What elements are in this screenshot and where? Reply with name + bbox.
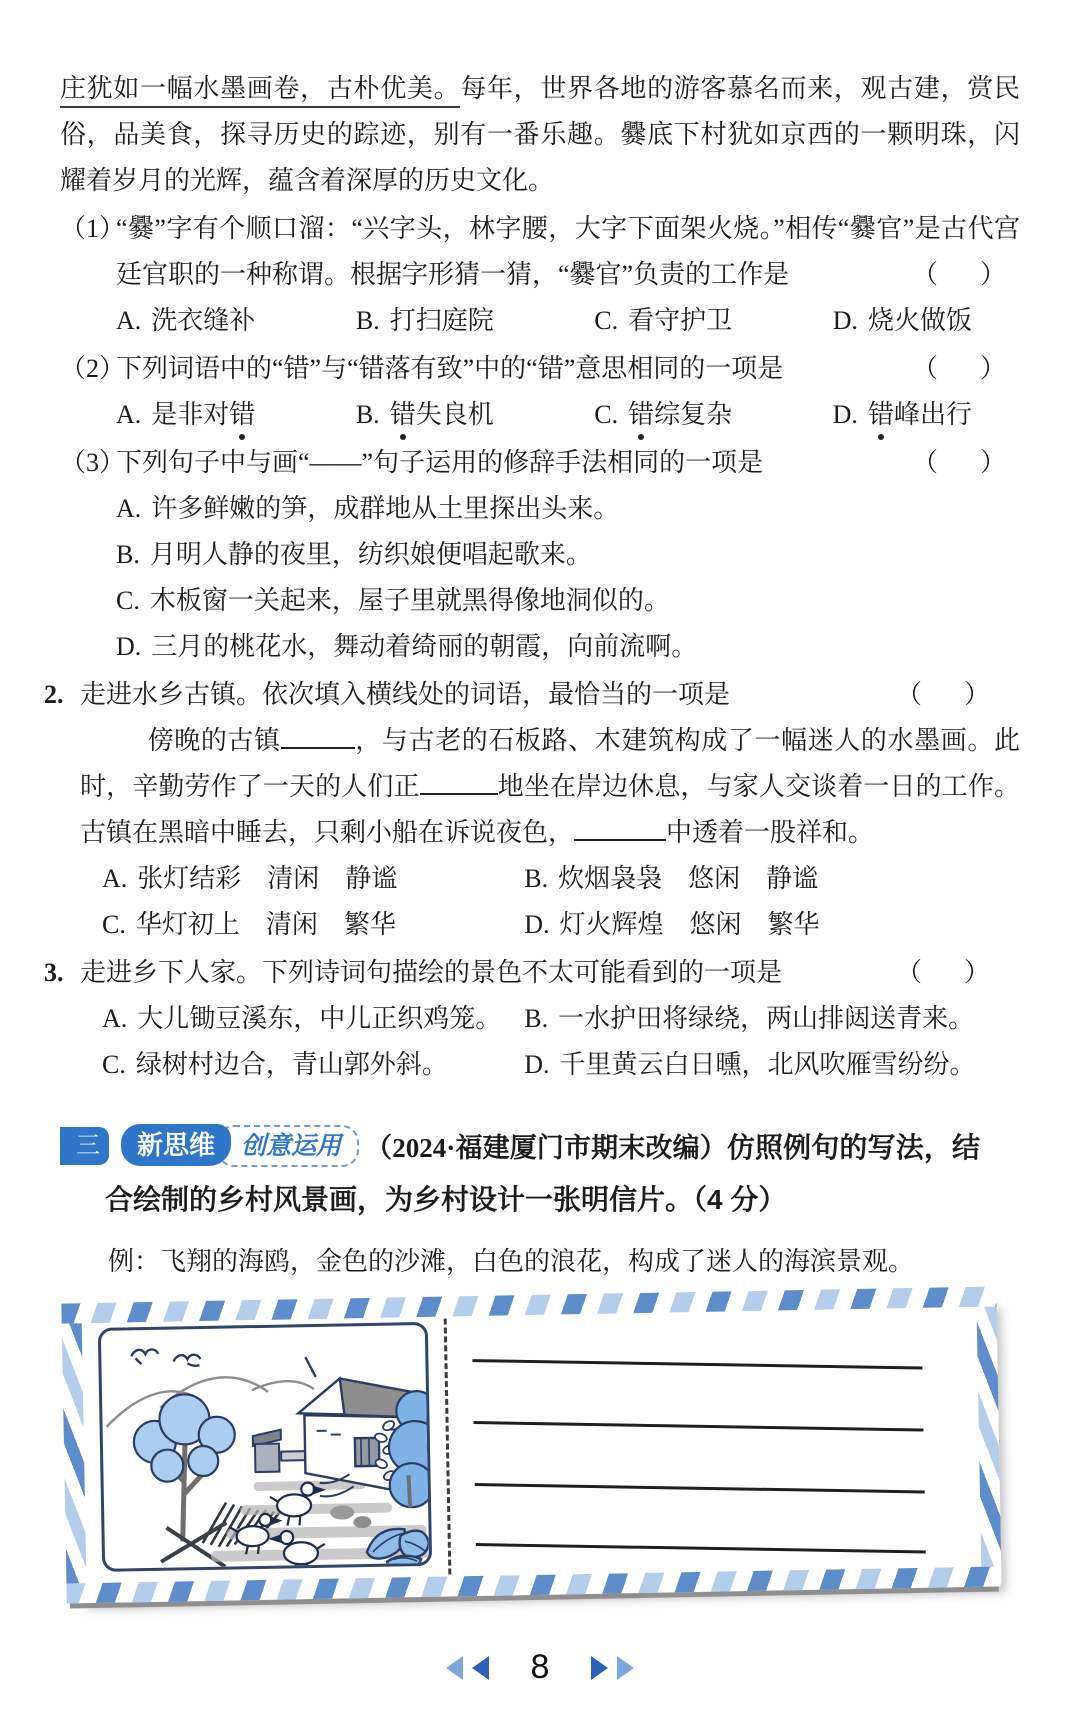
writing-line-2 <box>474 1421 924 1431</box>
right-arrow-inner-icon <box>591 1656 608 1680</box>
airmail-stripe-bottom <box>66 1566 1001 1603</box>
option-d: D.灯火辉煌 悠闲 繁华 <box>524 902 1020 948</box>
sub-question-2: （2） 下列词语中的“错”与“错落有致”中的“错”意思相同的一项是 （ ） <box>60 346 1020 392</box>
answer-bracket: （ ） <box>912 440 1014 486</box>
option-a: A.是非对错 <box>116 392 255 438</box>
example-sentence: 例：飞翔的海鸥，金色的沙滩，白色的浪花，构成了迷人的海滨景观。 <box>108 1240 980 1284</box>
option-d: D.三月的桃花水，舞动着绮丽的朝霞，向前流啊。 <box>116 624 1020 670</box>
section-number-badge: 三 <box>60 1127 109 1165</box>
question-3-stem: 走进乡下人家。下列诗词句描绘的景色不太可能看到的一项是 <box>80 958 782 987</box>
left-arrow-inner-icon <box>472 1656 489 1680</box>
emphasis-dot-char: 错 <box>628 400 654 429</box>
option-d: D.错峰出行 <box>833 392 972 438</box>
option-d: D.烧火做饭 <box>833 298 972 344</box>
sub-question-3: （3） 下列句子中与画“——”句子运用的修辞手法相同的一项是 （ ） <box>60 440 1020 486</box>
sub-question-3-number: （3） <box>60 440 125 486</box>
section-three-header: 三新思维创意运用（2024·福建厦门市期末改编）仿照例句的写法，结合绘制的乡村风… <box>105 1122 980 1226</box>
exam-source: （2024·福建厦门市期末改编） <box>365 1133 727 1163</box>
question-2-number: 2. <box>44 672 64 718</box>
option-c: C.看守护卫 <box>594 298 732 344</box>
answer-bracket: （ ） <box>896 672 998 718</box>
underlined-sentence: 庄犹如一幅水墨画卷，古朴优美。 <box>60 74 460 108</box>
option-d: D.千里黄云白日曛，北风吹雁雪纷纷。 <box>524 1042 1020 1088</box>
fill-blank-1 <box>281 721 355 749</box>
creative-use-badge: 创意运用 <box>217 1125 359 1167</box>
sub-question-1: （1） “爨”字有个顺口溜：“兴字头，林字腰，大字下面架火烧。”相传“爨官”是古… <box>60 206 1020 298</box>
writing-line-3 <box>475 1483 925 1493</box>
fill-blank-3 <box>574 813 666 841</box>
option-b: B.月明人静的夜里，纺织娘便唱起歌来。 <box>116 532 1020 578</box>
emphasis-dot-char: 错 <box>390 400 416 429</box>
question-2: 2. 走进水乡古镇。依次填入横线处的词语，最恰当的一项是 （ ） <box>44 672 1020 718</box>
question-2-passage: 傍晚的古镇，与古老的石板路、木建筑构成了一幅迷人的水墨画。此时，辛勤劳作了一天的… <box>80 718 1020 856</box>
question-3-number: 3. <box>44 950 64 996</box>
village-scene-drawing <box>101 1325 429 1569</box>
option-a: A.张灯结彩 清闲 静谧 <box>102 856 524 902</box>
option-a: A.许多鲜嫩的笋，成群地从土里探出头来。 <box>116 486 1020 532</box>
intro-paragraph: 庄犹如一幅水墨画卷，古朴优美。每年，世界各地的游客慕名而来，观古建，赏民俗，品美… <box>60 66 1020 204</box>
writing-line-1 <box>472 1359 922 1369</box>
question-3: 3. 走进乡下人家。下列诗词句描绘的景色不太可能看到的一项是 （ ） <box>44 950 1020 996</box>
sub-question-3-stem: 下列句子中与画“——”句子运用的修辞手法相同的一项是 <box>116 448 763 477</box>
page-number: 8 <box>531 1648 550 1687</box>
option-b: B.炊烟袅袅 悠闲 静谧 <box>524 856 1020 902</box>
emphasis-dot-char: 错 <box>229 400 255 429</box>
postcard-illustration <box>98 1322 432 1572</box>
question-3-options: A.大儿锄豆溪东，中儿正织鸡笼。 B.一水护田将绿绕，两山排闼送青来。 C.绿树… <box>60 996 1020 1088</box>
question-2-options: A.张灯结彩 清闲 静谧 B.炊烟袅袅 悠闲 静谧 C.华灯初上 清闲 繁华 D… <box>60 856 1020 948</box>
sub-question-3-options: A.许多鲜嫩的笋，成群地从土里探出头来。 B.月明人静的夜里，纺织娘便唱起歌来。… <box>60 486 1020 670</box>
sub-question-2-stem: 下列词语中的“错”与“错落有致”中的“错”意思相同的一项是 <box>116 354 783 383</box>
page-footer: 8 <box>0 1648 1080 1687</box>
airmail-stripe-top <box>61 1286 996 1323</box>
sub-question-2-number: （2） <box>60 346 125 392</box>
airmail-stripe-left <box>62 1323 87 1583</box>
right-arrow-outer-icon <box>617 1656 634 1680</box>
sub-question-1-stem: “爨”字有个顺口溜：“兴字头，林字腰，大字下面架火烧。”相传“爨官”是古代宫廷官… <box>116 214 1020 289</box>
postcard <box>61 1286 1001 1603</box>
worksheet-page: 庄犹如一幅水墨画卷，古朴优美。每年，世界各地的游客慕名而来，观古建，赏民俗，品美… <box>0 0 1080 1714</box>
postcard-divider-dashed-line <box>444 1319 452 1575</box>
option-b: B.错失良机 <box>356 392 494 438</box>
sub-question-2-options: A.是非对错 B.错失良机 C.错综复杂 D.错峰出行 <box>60 392 1020 438</box>
sub-question-1-number: （1） <box>60 206 125 252</box>
option-c: C.木板窗一关起来，屋子里就黑得像地洞似的。 <box>116 578 1020 624</box>
sub-question-1-options: A.洗衣缝补 B.打扫庭院 C.看守护卫 D.烧火做饭 <box>60 298 1020 344</box>
answer-bracket: （ ） <box>912 346 1014 392</box>
option-a: A.大儿锄豆溪东，中儿正织鸡笼。 <box>102 996 524 1042</box>
option-b: B.一水护田将绿绕，两山排闼送青来。 <box>524 996 1020 1042</box>
answer-bracket: （ ） <box>912 252 1014 298</box>
question-2-stem: 走进水乡古镇。依次填入横线处的词语，最恰当的一项是 <box>80 680 730 709</box>
page-content: 庄犹如一幅水墨画卷，古朴优美。每年，世界各地的游客慕名而来，观古建，赏民俗，品美… <box>0 0 1080 1284</box>
left-arrow-outer-icon <box>446 1656 463 1680</box>
option-c: C.错综复杂 <box>594 392 732 438</box>
airmail-stripe-right <box>977 1306 1002 1566</box>
emphasis-dot-char: 错 <box>868 400 894 429</box>
answer-bracket: （ ） <box>896 950 998 996</box>
new-thinking-badge: 新思维 <box>121 1124 231 1166</box>
option-a: A.洗衣缝补 <box>116 298 255 344</box>
writing-line-4 <box>476 1543 926 1553</box>
fill-blank-2 <box>420 767 498 795</box>
option-c: C.绿树村边合，青山郭外斜。 <box>102 1042 524 1088</box>
option-c: C.华灯初上 清闲 繁华 <box>102 902 524 948</box>
option-b: B.打扫庭院 <box>356 298 494 344</box>
